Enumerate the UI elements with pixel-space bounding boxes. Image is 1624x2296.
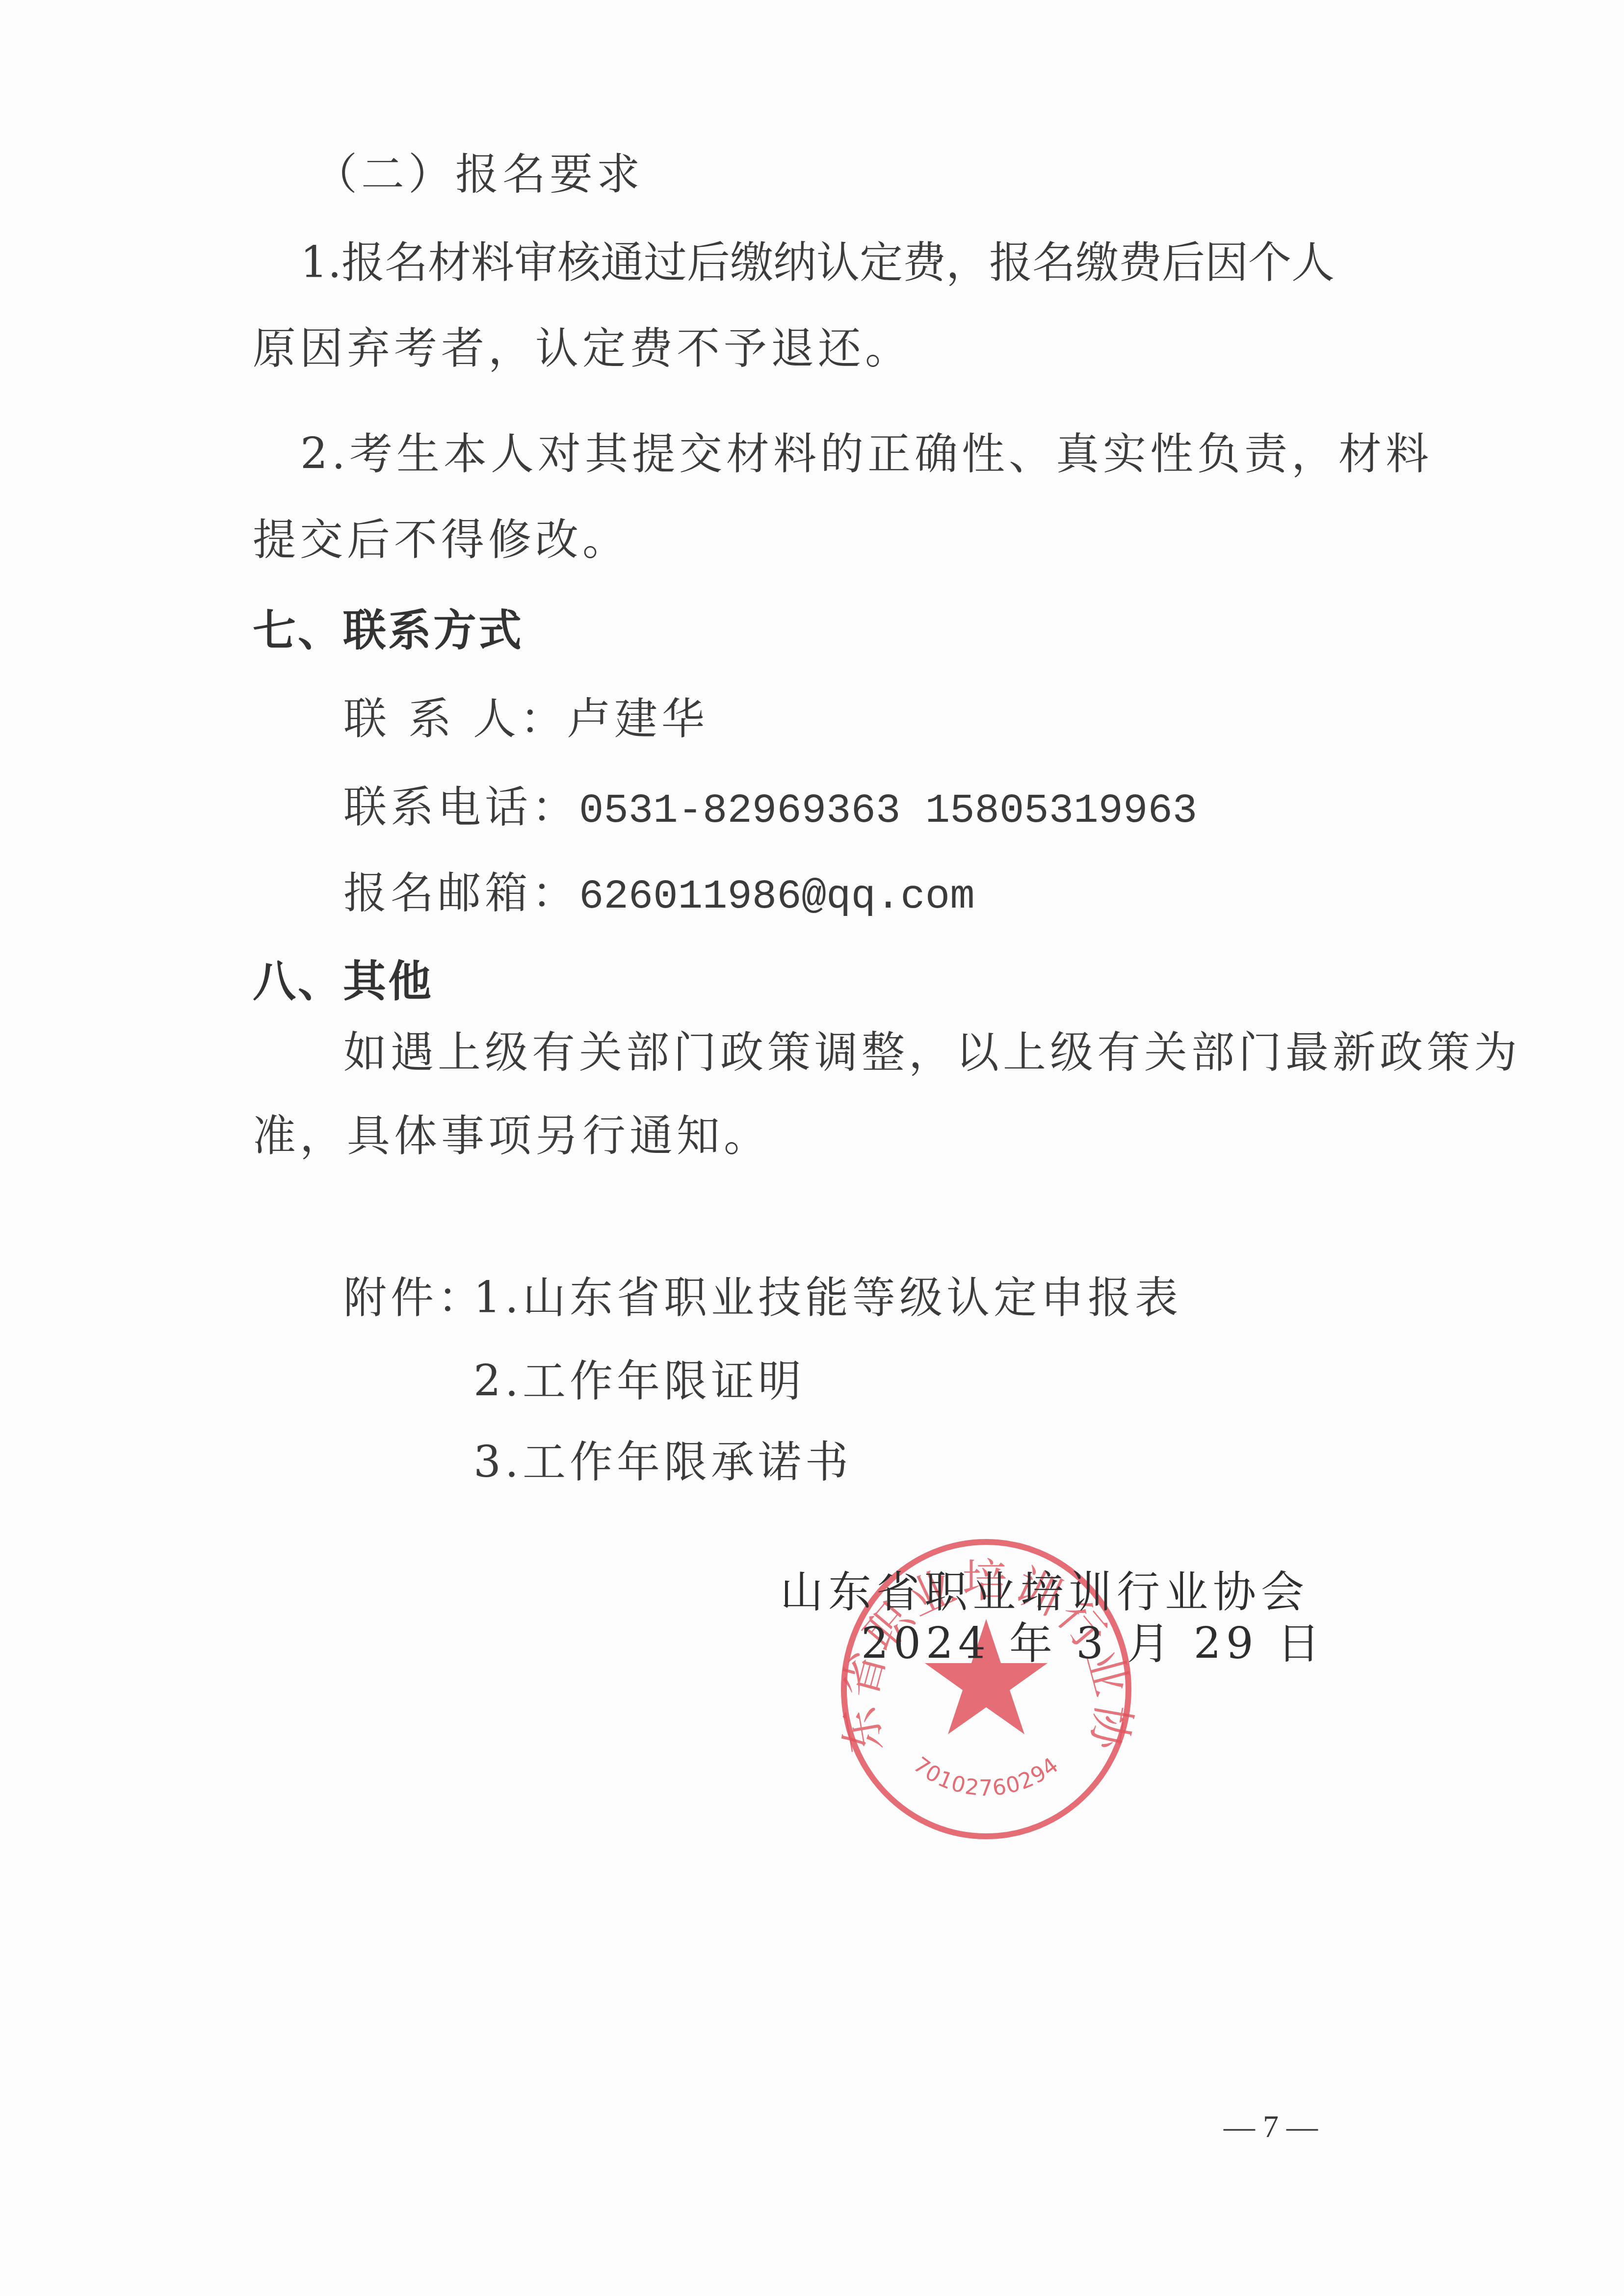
contact-phone: 联系电话：0531-82969363 15805319963 bbox=[343, 783, 1197, 836]
section-title-contact: 七、联系方式 bbox=[253, 606, 524, 655]
other-line-1: 如遇上级有关部门政策调整，以上级有关部门最新政策为 bbox=[343, 1028, 1521, 1077]
other-line-2: 准，具体事项另行通知。 bbox=[253, 1111, 771, 1160]
contact-email: 报名邮箱：626011986@qq.com bbox=[343, 868, 975, 922]
contact-email-label: 报名邮箱： bbox=[343, 867, 579, 918]
requirement-1-line-2: 原因弃考者，认定费不予退还。 bbox=[253, 324, 912, 373]
attachments-label: 附件： bbox=[343, 1273, 485, 1322]
attachment-item-2: 2.工作年限证明 bbox=[473, 1357, 805, 1406]
requirement-1-text: 1.报名材料审核通过后缴纳认定费，报名缴费后因个人 bbox=[300, 238, 1335, 287]
contact-email-value: 626011986@qq.com bbox=[579, 874, 975, 920]
section-title-other: 八、其他 bbox=[253, 957, 433, 1006]
signature-date: 2024 年 3 月 29 日 bbox=[861, 1619, 1325, 1668]
attachment-item-1: 1.山东省职业技能等级认定申报表 bbox=[473, 1273, 1182, 1322]
requirement-1-line-1: 1.报名材料审核通过后缴纳认定费，报名缴费后因个人 bbox=[300, 238, 1392, 287]
contact-person-label: 联 系 人： bbox=[343, 693, 567, 744]
page-number: — 7 — bbox=[1207, 2107, 1335, 2146]
contact-person-value: 卢建华 bbox=[567, 693, 708, 744]
subsection-title: （二）报名要求 bbox=[314, 150, 644, 199]
requirement-2-line-1: 2.考生本人对其提交材料的正确性、真实性负责，材料 bbox=[300, 429, 1433, 478]
signature-organization: 山东省职业培训行业协会 bbox=[780, 1567, 1309, 1617]
contact-phone-label: 联系电话： bbox=[343, 782, 579, 832]
document-page: （二）报名要求 1.报名材料审核通过后缴纳认定费，报名缴费后因个人 原因弃考者，… bbox=[0, 0, 1624, 2296]
attachment-item-3: 3.工作年限承诺书 bbox=[473, 1437, 852, 1487]
contact-phone-value: 0531-82969363 15805319963 bbox=[579, 788, 1197, 835]
requirement-2-line-2: 提交后不得修改。 bbox=[253, 515, 629, 564]
contact-person: 联 系 人：卢建华 bbox=[343, 694, 708, 743]
